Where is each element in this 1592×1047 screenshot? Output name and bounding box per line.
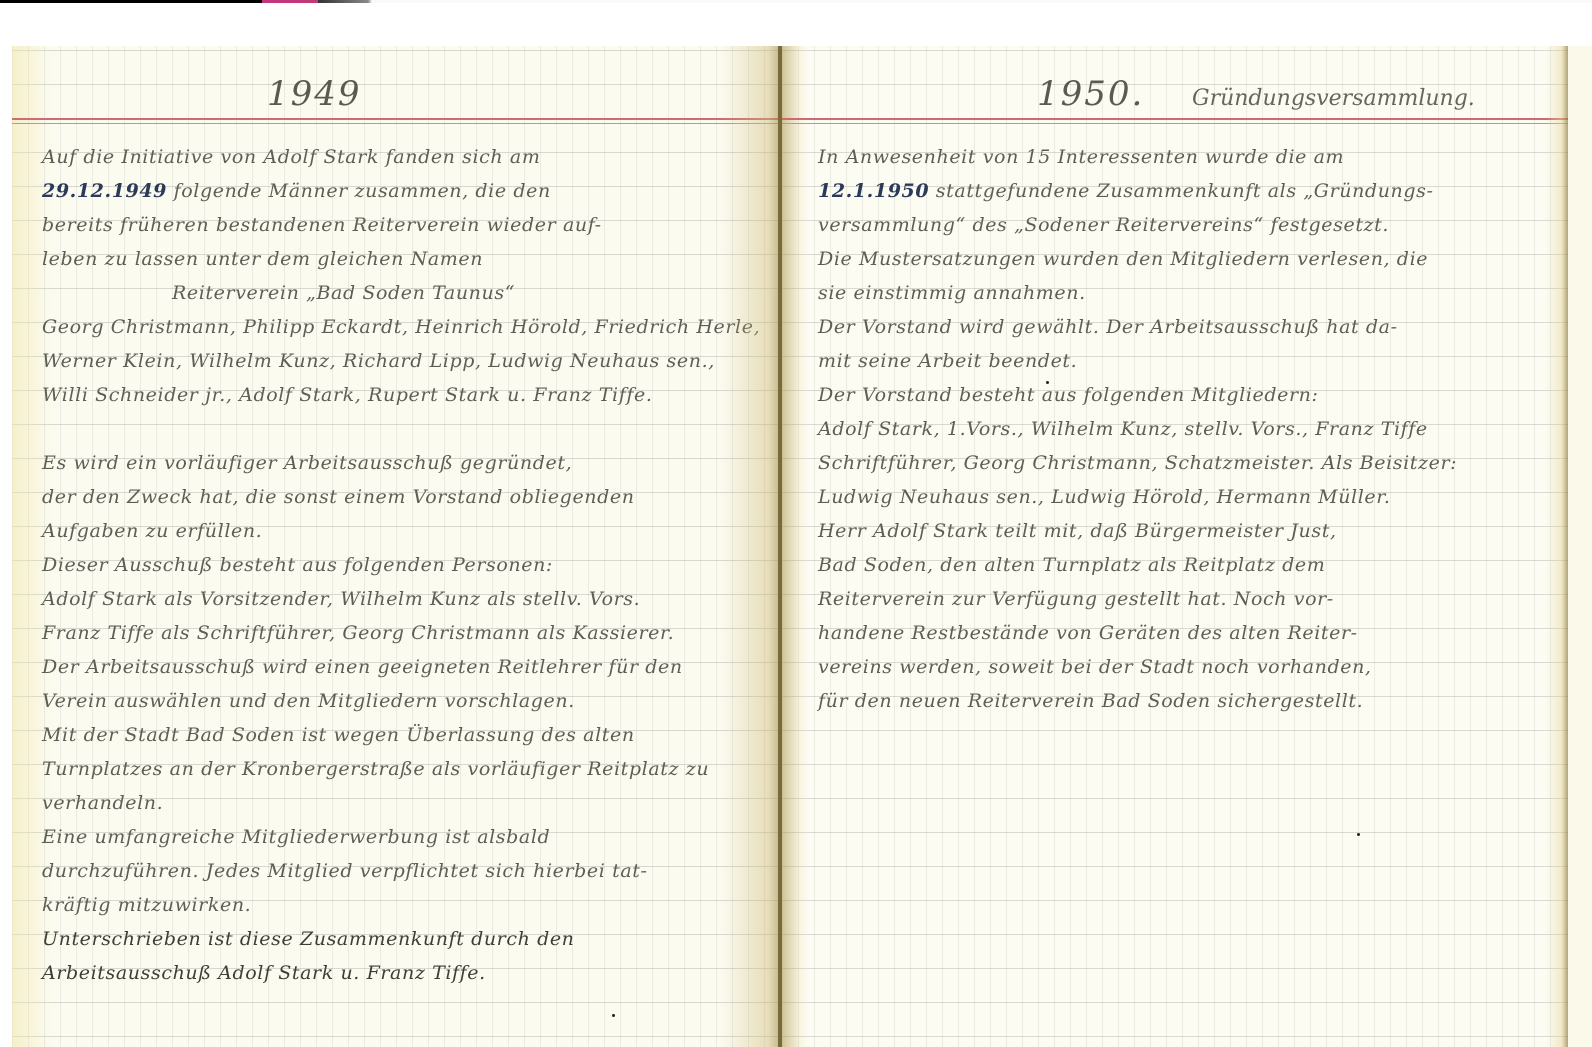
text-line: Verein auswählen und den Mitgliedern vor… <box>42 684 750 718</box>
text-line: bereits früheren bestandenen Reiterverei… <box>42 208 750 242</box>
text-line: Der Arbeitsausschuß wird einen geeignete… <box>42 650 750 684</box>
text-line: Der Vorstand wird gewählt. Der Arbeitsau… <box>818 310 1538 344</box>
text-line: sie einstimmig annahmen. <box>818 276 1538 310</box>
text-line: durchzuführen. Jedes Mitglied verpflicht… <box>42 854 750 888</box>
text-line: Werner Klein, Wilhelm Kunz, Richard Lipp… <box>42 344 750 378</box>
text-line: Georg Christmann, Philipp Eckardt, Heinr… <box>42 310 750 344</box>
text-line: Es wird ein vorläufiger Arbeitsausschuß … <box>42 446 750 480</box>
text-line: kräftig mitzuwirken. <box>42 888 750 922</box>
text-line: Franz Tiffe als Schriftführer, Georg Chr… <box>42 616 750 650</box>
text-line: 12.1.1950 stattgefundene Zusammenkunft a… <box>818 174 1538 208</box>
blank-line <box>42 412 750 446</box>
text-line: Willi Schneider jr., Adolf Stark, Rupert… <box>42 378 750 412</box>
text-line: Auf die Initiative von Adolf Stark fande… <box>42 140 750 174</box>
left-page: 1949 Auf die Initiative von Adolf Stark … <box>12 46 780 1047</box>
date-entry: 29.12.1949 <box>42 180 167 202</box>
text-line: Aufgaben zu erfüllen. <box>42 514 750 548</box>
top-color-strip <box>0 0 1592 3</box>
left-page-text: Auf die Initiative von Adolf Stark fande… <box>42 140 750 990</box>
text-line: leben zu lassen unter dem gleichen Namen <box>42 242 750 276</box>
text-line: Adolf Stark als Vorsitzender, Wilhelm Ku… <box>42 582 750 616</box>
text-line: In Anwesenheit von 15 Interessenten wurd… <box>818 140 1538 174</box>
text-line: Adolf Stark, 1.Vors., Wilhelm Kunz, stel… <box>818 412 1538 446</box>
open-ledger-book: 1949 Auf die Initiative von Adolf Stark … <box>12 46 1592 1047</box>
ink-speck <box>1046 381 1049 384</box>
club-name-line: Reiterverein „Bad Soden Taunus“ <box>42 276 750 310</box>
ink-speck <box>612 1014 615 1017</box>
signature-line: Arbeitsausschuß Adolf Stark u. Franz Tif… <box>42 956 750 990</box>
text-line: Bad Soden, den alten Turnplatz als Reitp… <box>818 548 1538 582</box>
text-line: Ludwig Neuhaus sen., Ludwig Hörold, Herm… <box>818 480 1538 514</box>
right-page-text: In Anwesenheit von 15 Interessenten wurd… <box>818 140 1538 718</box>
ink-speck <box>1357 833 1360 836</box>
right-page-subheading: Gründungsversammlung. <box>1192 86 1475 111</box>
text-line: Die Mustersatzungen wurden den Mitgliede… <box>818 242 1538 276</box>
right-page: 1950. Gründungsversammlung. In Anwesenhe… <box>782 46 1568 1047</box>
text-line: handene Restbestände von Geräten des alt… <box>818 616 1538 650</box>
left-page-heading: 1949 <box>267 74 362 114</box>
text-line: Der Vorstand besteht aus folgenden Mitgl… <box>818 378 1538 412</box>
text-line: mit seine Arbeit beendet. <box>818 344 1538 378</box>
text-line: Turnplatzes an der Kronbergerstraße als … <box>42 752 750 786</box>
text-line: Reiterverein zur Verfügung gestellt hat.… <box>818 582 1538 616</box>
text-line: für den neuen Reiterverein Bad Soden sic… <box>818 684 1538 718</box>
text-line: Schriftführer, Georg Christmann, Schatzm… <box>818 446 1538 480</box>
text-line: versammlung“ des „Sodener Reitervereins“… <box>818 208 1538 242</box>
text-line: Unterschrieben ist diese Zusammenkunft d… <box>42 922 750 956</box>
right-page-heading: 1950. <box>1037 74 1144 114</box>
text-line: Dieser Ausschuß besteht aus folgenden Pe… <box>42 548 750 582</box>
date-entry: 12.1.1950 <box>818 180 929 202</box>
text-line: verhandeln. <box>42 786 750 820</box>
text-line: vereins werden, soweit bei der Stadt noc… <box>818 650 1538 684</box>
header-red-rule <box>12 118 780 124</box>
text-line: Herr Adolf Stark teilt mit, daß Bürgerme… <box>818 514 1538 548</box>
text-line: Eine umfangreiche Mitgliederwerbung ist … <box>42 820 750 854</box>
header-red-rule <box>782 118 1568 124</box>
text-line: 29.12.1949 folgende Männer zusammen, die… <box>42 174 750 208</box>
text-line: der den Zweck hat, die sonst einem Vorst… <box>42 480 750 514</box>
text-line: Mit der Stadt Bad Soden ist wegen Überla… <box>42 718 750 752</box>
